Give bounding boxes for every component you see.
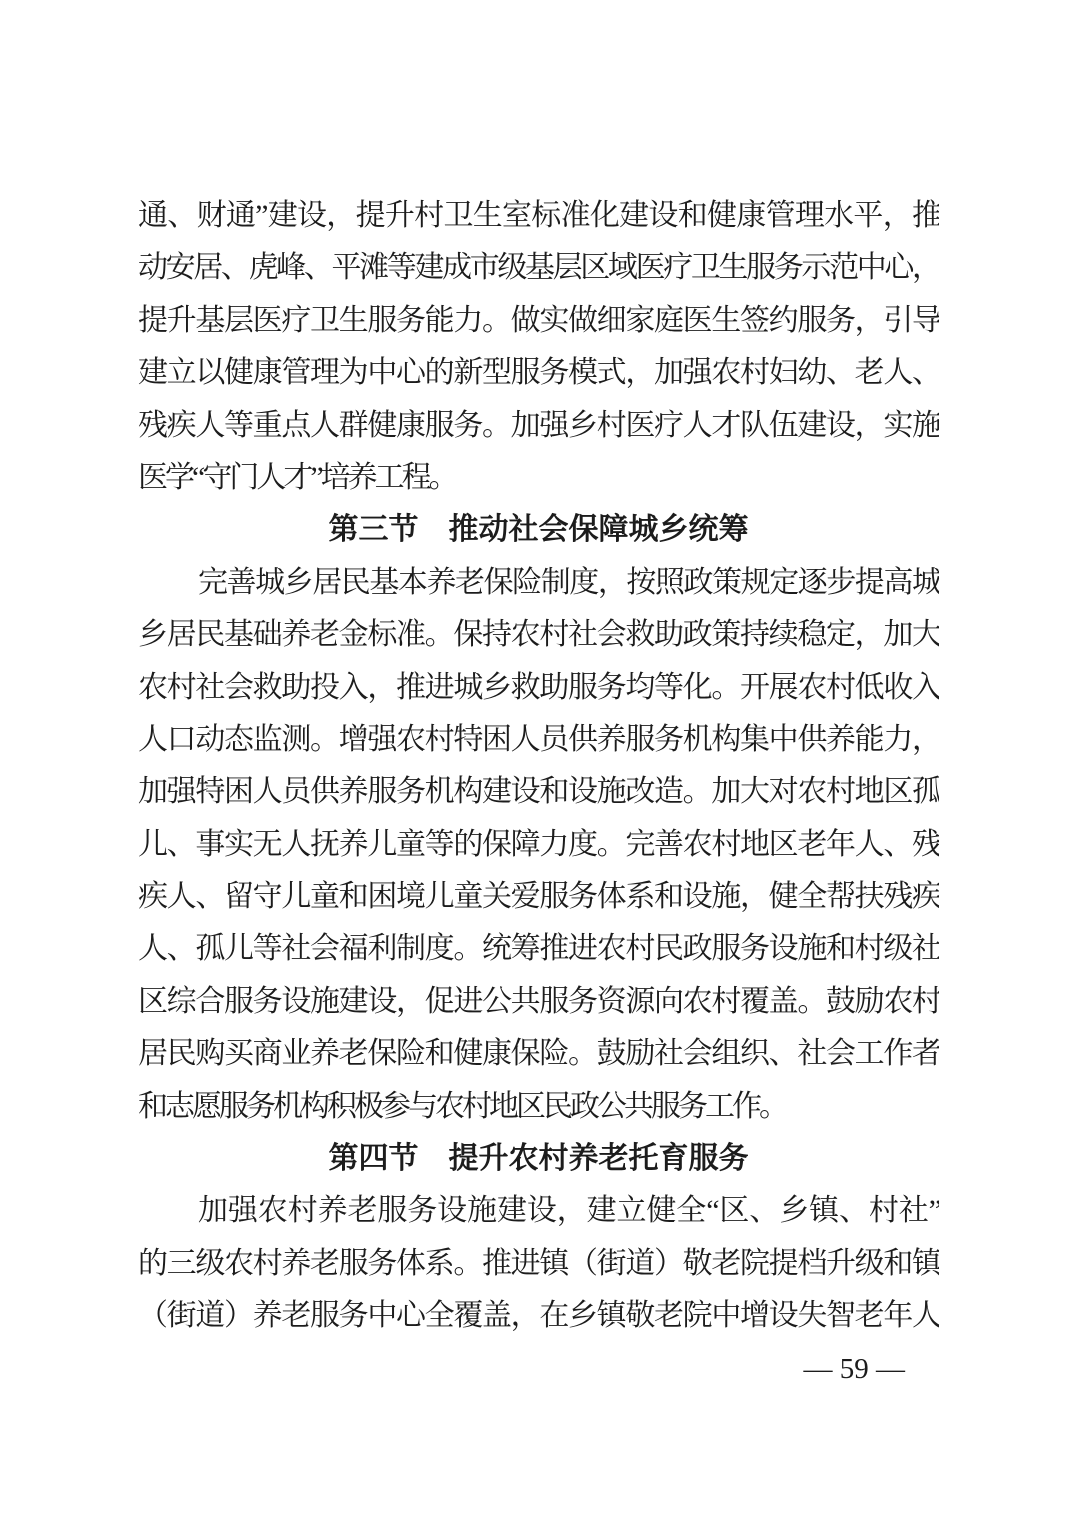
body-line: 动安居、虎峰、平滩等建成市级基层区域医疗卫生服务示范中心， bbox=[138, 242, 939, 294]
body-line: 残疾人等重点人群健康服务。加强乡村医疗人才队伍建设，实施 bbox=[138, 400, 939, 452]
body-line: 乡居民基础养老金标准。保持农村社会救助政策持续稳定，加大 bbox=[138, 609, 939, 661]
body-line: 加强农村养老服务设施建设，建立健全“区、乡镇、村社” bbox=[138, 1185, 939, 1237]
body-line: （街道）养老服务中心全覆盖，在乡镇敬老院中增设失智老年人 bbox=[138, 1290, 939, 1342]
body-line: 的三级农村养老服务体系。推进镇（街道）敬老院提档升级和镇 bbox=[138, 1238, 939, 1290]
body-line: 通、财通”建设，提升村卫生室标准化建设和健康管理水平，推 bbox=[138, 190, 939, 242]
body-line: 加强特困人员供养服务机构建设和设施改造。加大对农村地区孤 bbox=[138, 766, 939, 818]
body-line: 居民购买商业养老保险和健康保险。鼓励社会组织、社会工作者 bbox=[138, 1028, 939, 1080]
body-line: 人口动态监测。增强农村特困人员供养服务机构集中供养能力， bbox=[138, 714, 939, 766]
body-line: 完善城乡居民基本养老保险制度，按照政策规定逐步提高城 bbox=[138, 557, 939, 609]
body-line: 疾人、留守儿童和困境儿童关爱服务体系和设施，健全帮扶残疾 bbox=[138, 871, 939, 923]
page-number: — 59 — bbox=[138, 1343, 939, 1395]
body-line: 区综合服务设施建设，促进公共服务资源向农村覆盖。鼓励农村 bbox=[138, 976, 939, 1028]
section-heading-4: 第四节 提升农村养老托育服务 bbox=[138, 1133, 939, 1185]
body-line: 人、孤儿等社会福利制度。统筹推进农村民政服务设施和村级社 bbox=[138, 923, 939, 975]
text-block: 通、财通”建设，提升村卫生室标准化建设和健康管理水平，推 动安居、虎峰、平滩等建… bbox=[138, 190, 939, 1395]
body-line: 农村社会救助投入，推进城乡救助服务均等化。开展农村低收入 bbox=[138, 662, 939, 714]
document-page: 通、财通”建设，提升村卫生室标准化建设和健康管理水平，推 动安居、虎峰、平滩等建… bbox=[0, 0, 1074, 1520]
body-line: 建立以健康管理为中心的新型服务模式，加强农村妇幼、老人、 bbox=[138, 347, 939, 399]
body-line: 儿、事实无人抚养儿童等的保障力度。完善农村地区老年人、残 bbox=[138, 819, 939, 871]
body-line: 提升基层医疗卫生服务能力。做实做细家庭医生签约服务，引导 bbox=[138, 295, 939, 347]
section-heading-3: 第三节 推动社会保障城乡统筹 bbox=[138, 504, 939, 556]
body-line: 和志愿服务机构积极参与农村地区民政公共服务工作。 bbox=[138, 1081, 939, 1133]
body-line: 医学“守门人才”培养工程。 bbox=[138, 452, 939, 504]
